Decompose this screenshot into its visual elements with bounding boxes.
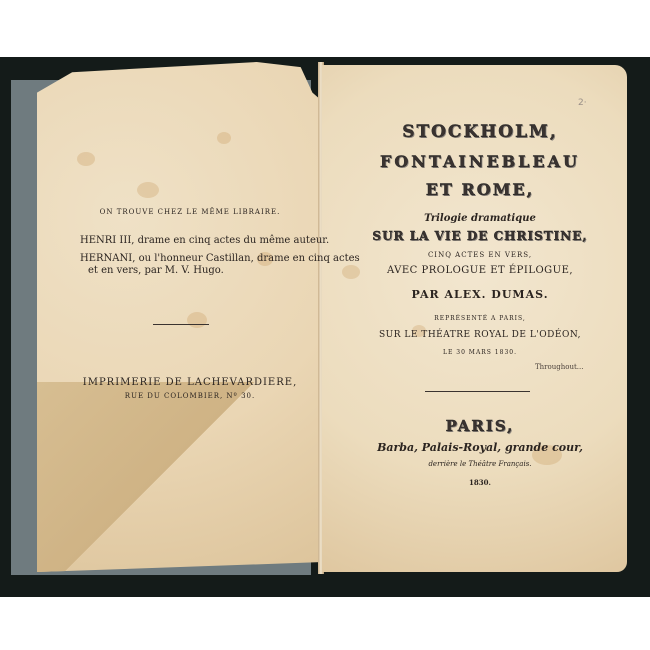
year-line: 1830. xyxy=(350,478,610,487)
library-header: ON TROUVE CHEZ LE MÊME LIBRAIRE. xyxy=(80,208,300,216)
printer-address: RUE DU COLOMBIER, Nº 30. xyxy=(80,392,300,400)
date-line: LE 30 MARS 1830. xyxy=(350,349,610,356)
pencil-mark: 2· xyxy=(578,98,587,108)
handwritten-annotation: Throughout... xyxy=(535,363,583,371)
left-page xyxy=(37,62,330,572)
foxing-spot xyxy=(217,132,231,144)
subtitle: Trilogie dramatique xyxy=(350,213,610,224)
performed-line: REPRÉSENTÉ A PARIS, xyxy=(350,315,610,322)
publisher-location: derrière le Théâtre Français. xyxy=(350,460,610,468)
title-et-rome: ET ROME, xyxy=(350,180,610,199)
acts-line: CINQ ACTES EN VERS, xyxy=(350,251,610,259)
publisher-line: Barba, Palais-Royal, grande cour, xyxy=(350,441,610,454)
ornament-rule xyxy=(153,324,209,325)
foxing-spot xyxy=(187,312,207,328)
title-fontainebleau: FONTAINEBLEAU xyxy=(350,152,610,171)
foxing-spot xyxy=(77,152,95,166)
prologue-line: AVEC PROLOGUE ET ÉPILOGUE, xyxy=(350,265,610,276)
ornament-rule xyxy=(425,391,530,392)
city-paris: PARIS, xyxy=(350,417,610,435)
subject: SUR LA VIE DE CHRISTINE, xyxy=(350,229,610,243)
foxing-spot xyxy=(137,182,159,198)
book-entry-henri: HENRI III, drame en cinq actes du même a… xyxy=(80,235,329,246)
folded-corner xyxy=(37,382,330,572)
book-entry-hernani: HERNANI, ou l'honneur Castillan, drame e… xyxy=(80,253,360,264)
author-line: PAR ALEX. DUMAS. xyxy=(350,288,610,301)
printer-name: IMPRIMERIE DE LACHEVARDIERE, xyxy=(80,377,300,388)
theatre-line: SUR LE THÉATRE ROYAL DE L'ODÉON, xyxy=(350,330,610,340)
book-entry-hernani-cont: et en vers, par M. V. Hugo. xyxy=(88,265,224,276)
title-stockholm: STOCKHOLM, xyxy=(350,122,610,142)
